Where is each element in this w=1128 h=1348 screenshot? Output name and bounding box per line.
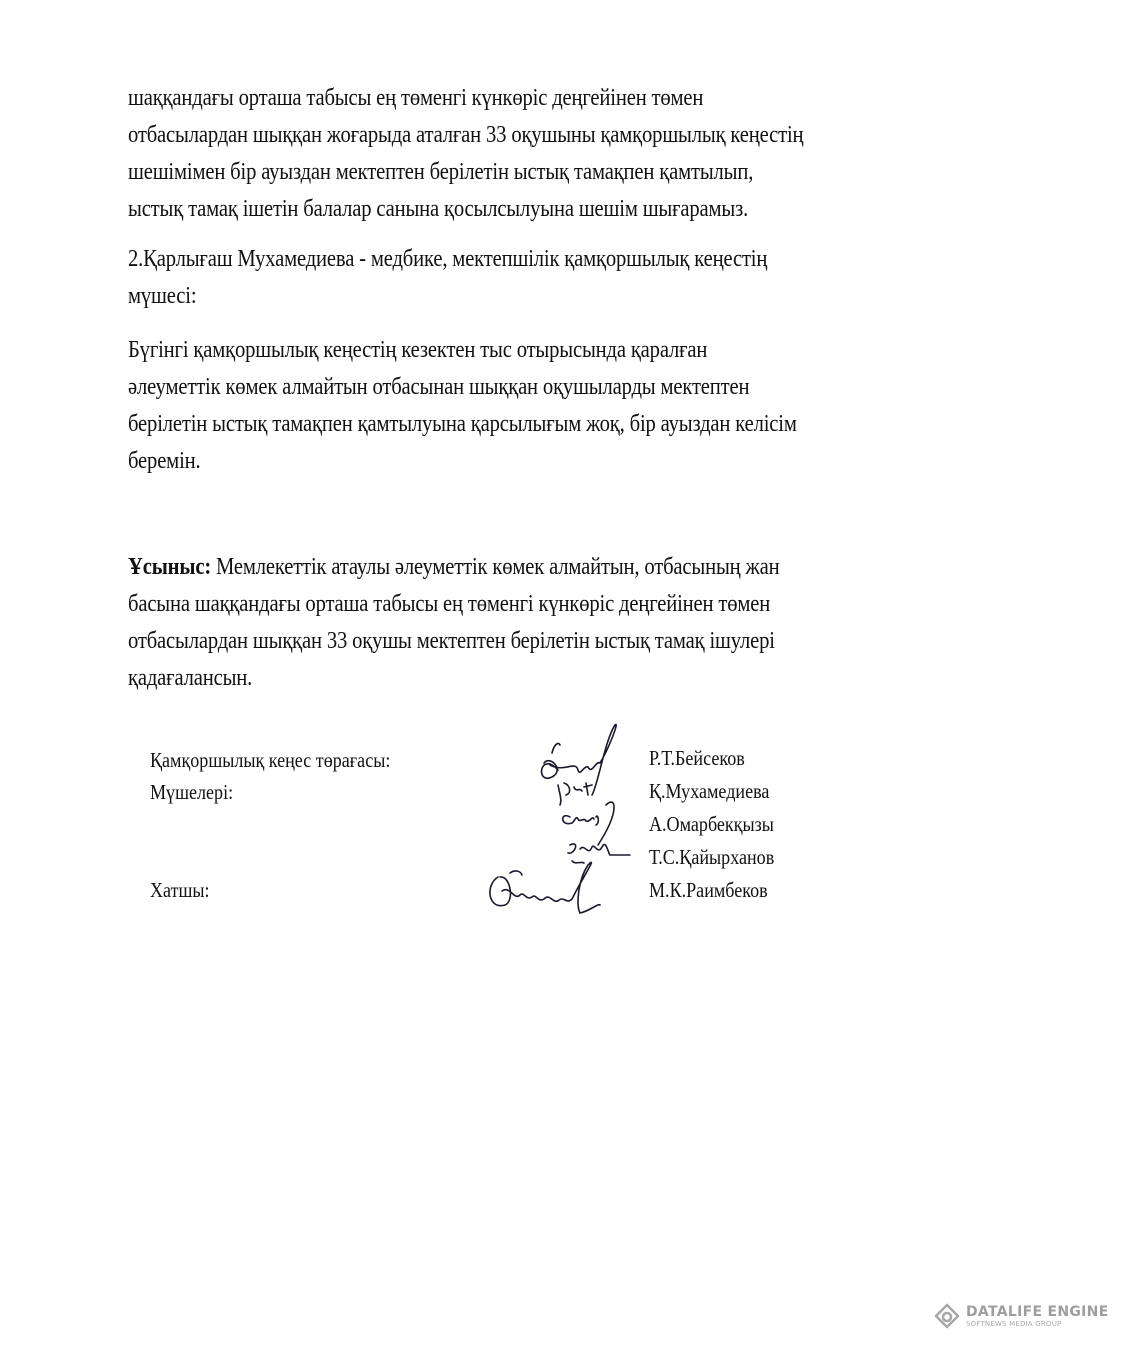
members-label: Мүшелері: (150, 780, 233, 805)
paragraph-decision: шаққандағы орташа табысы ең төменгі күнк… (128, 80, 868, 228)
paragraph-proposal: Ұсыныс: Мемлекеттік атаулы әлеуметтік кө… (128, 549, 868, 697)
text-line: ыстық тамақ ішетін балалар санына қосылс… (128, 191, 868, 228)
watermark-title: DATALIFE ENGINE (966, 1304, 1109, 1320)
signatory-name: Қ.Мухамедиева (649, 779, 769, 804)
watermark-logo: DATALIFE ENGINE SOFTNEWS MEDIA GROUP (934, 1303, 1109, 1329)
text-line: беремін. (128, 443, 868, 480)
text-line: шешімімен бір ауыздан мектептен берілеті… (128, 154, 868, 191)
handwritten-signatures-icon (480, 715, 650, 925)
watermark-subtitle: SOFTNEWS MEDIA GROUP (966, 1320, 1109, 1328)
chair-label: Қамқоршылық кеңес төрағасы: (150, 748, 390, 773)
text-line: отбасылардан шыққан жоғарыда аталған 33 … (128, 117, 868, 154)
text-line: қадағалансын. (128, 660, 868, 697)
text-line: Ұсыныс: Мемлекеттік атаулы әлеуметтік кө… (128, 549, 868, 586)
text-line: шаққандағы орташа табысы ең төменгі күнк… (128, 80, 868, 117)
text-line: берілетін ыстық тамақпен қамтылуына қарс… (128, 406, 868, 443)
proposal-label: Ұсыныс: (128, 554, 211, 580)
text-line: мүшесі: (128, 278, 868, 315)
secretary-label: Хатшы: (150, 878, 210, 903)
text-line: отбасылардан шыққан 33 оқушы мектептен б… (128, 623, 868, 660)
paragraph-speaker: 2.Қарлығаш Мухамедиева - медбике, мектеп… (128, 241, 868, 315)
signatory-name: Т.С.Қайырханов (649, 845, 774, 870)
text-line: 2.Қарлығаш Мухамедиева - медбике, мектеп… (128, 241, 868, 278)
signatory-name: Р.Т.Бейсеков (649, 746, 745, 771)
datalife-logo-icon (934, 1303, 960, 1329)
signatory-name: А.Омарбекқызы (649, 812, 774, 837)
text-line: әлеуметтік көмек алмайтын отбасынан шыққ… (128, 369, 868, 406)
document-page: шаққандағы орташа табысы ең төменгі күнк… (0, 0, 1128, 1348)
proposal-text: Мемлекеттік атаулы әлеуметтік көмек алма… (211, 554, 779, 580)
text-line: басына шаққандағы орташа табысы ең төмен… (128, 586, 868, 623)
text-line: Бүгінгі қамқоршылық кеңестің кезектен ты… (128, 332, 868, 369)
paragraph-statement: Бүгінгі қамқоршылық кеңестің кезектен ты… (128, 332, 868, 480)
signatory-name: М.К.Раимбеков (649, 878, 768, 903)
